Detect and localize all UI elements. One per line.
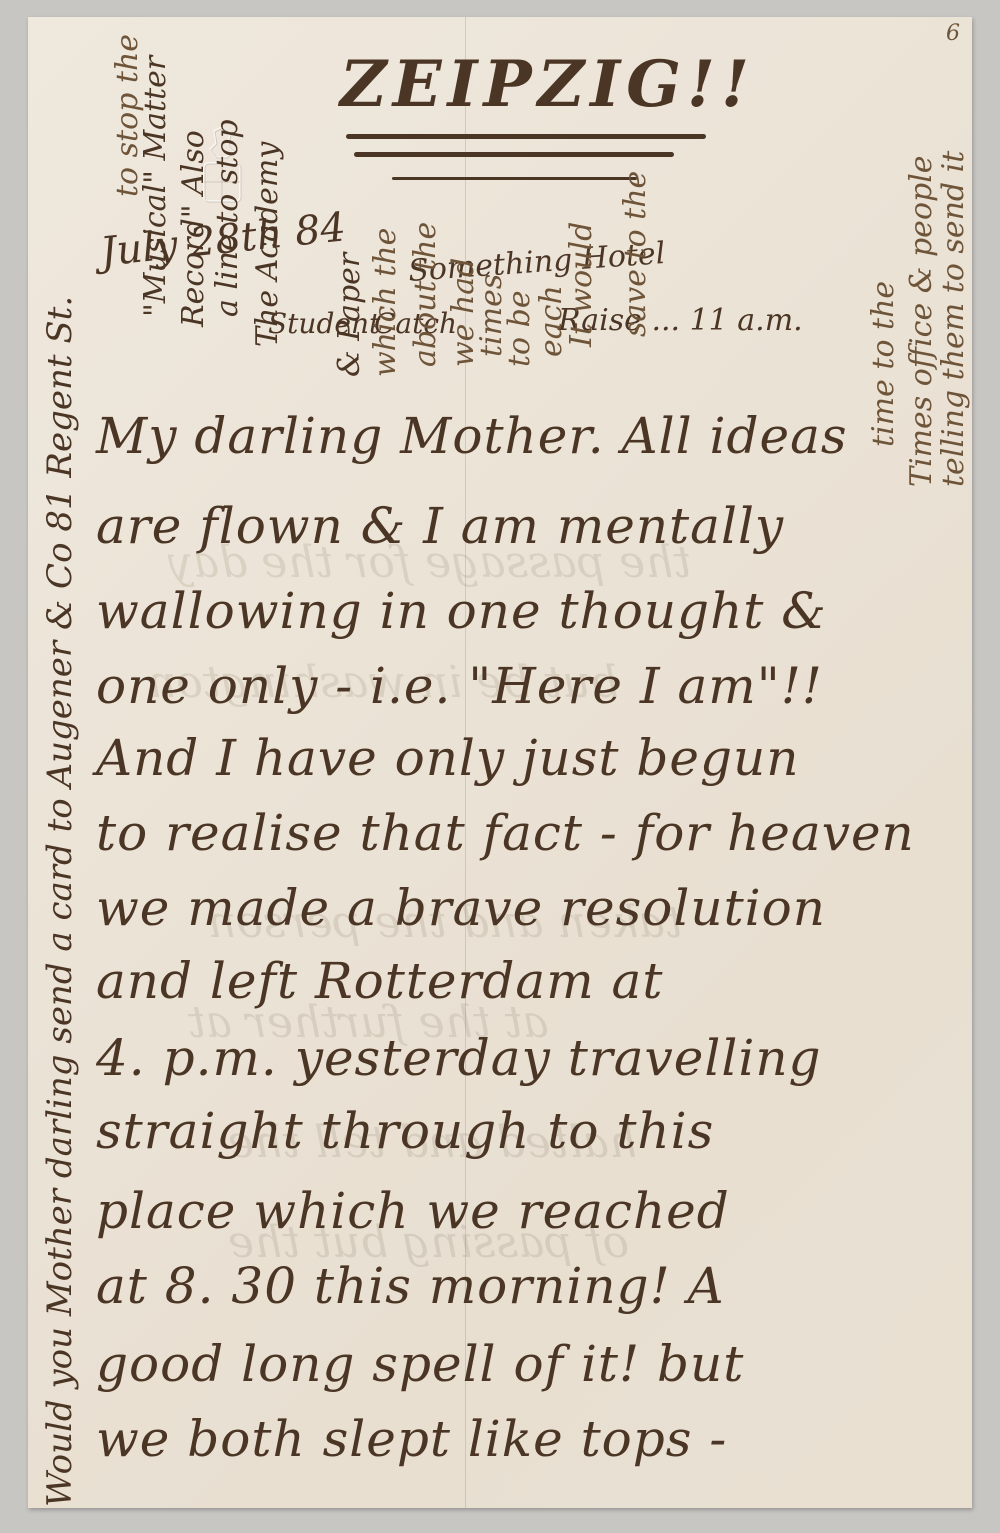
vertical-column: a line to stop [210, 119, 245, 317]
body-line: 4. p.m. yesterday travelling [96, 1029, 822, 1087]
heading-underline [392, 177, 637, 180]
body-line: My darling Mother. All ideas [96, 407, 848, 465]
body-line: one only - i.e. "Here I am"!! [96, 657, 823, 715]
body-line: at 8. 30 this morning! A [96, 1257, 725, 1315]
vertical-column: telling them to send it [936, 151, 971, 487]
vertical-column: "Musical" Matter [138, 56, 173, 317]
body-line: to realise that fact - for heaven [96, 804, 915, 862]
body-line: we both slept like tops - [96, 1410, 727, 1468]
body-line: are flown & I am mentally [96, 497, 784, 555]
vertical-column: It would [564, 222, 599, 347]
vertical-column: time to the [866, 281, 901, 447]
vertical-column: about the [408, 222, 443, 367]
body-line: we made a brave resolution [96, 879, 826, 937]
letter-page: the passage for the day but be in washin… [28, 17, 972, 1508]
body-line: good long spell of it! but [96, 1335, 744, 1393]
heading-underline [354, 152, 674, 157]
body-line: place which we reached [96, 1182, 730, 1240]
vertical-column: & Paper [332, 253, 367, 377]
vertical-column: which the [368, 228, 403, 377]
body-line: wallowing in one thought & [96, 582, 827, 640]
vertical-column: Record" Also [176, 130, 211, 327]
body-line: and left Rotterdam at [96, 952, 663, 1010]
body-line: And I have only just begun [96, 729, 799, 787]
vertical-column: save to the [618, 171, 653, 337]
body-line: straight through to this [96, 1102, 714, 1160]
left-margin-note: Would you Mother darling send a card to … [40, 296, 80, 1507]
vertical-column: to be [502, 290, 537, 367]
page-number: 6 [946, 21, 960, 46]
vertical-column: The Academy [250, 142, 285, 347]
vertical-column: Times office & people [904, 155, 939, 487]
heading-underline [346, 134, 706, 139]
letter-heading: ZEIPZIG!! [340, 47, 755, 122]
